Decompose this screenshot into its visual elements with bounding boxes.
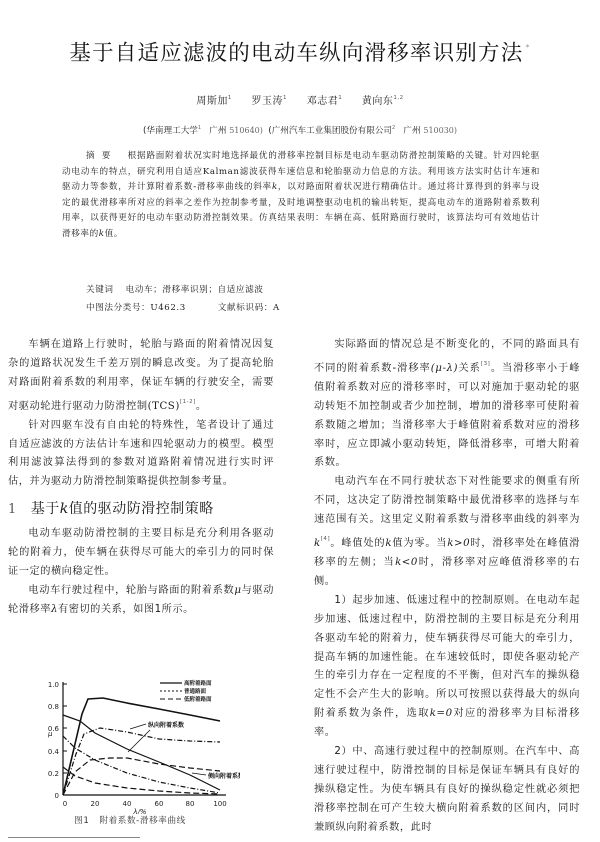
section-title: 基于	[31, 501, 60, 517]
paragraph-text: 有密切的关系，如图1所示。	[58, 604, 194, 615]
math-expression: (μ-λ)	[431, 363, 458, 374]
annotation-lateral: 侧向附着系数	[207, 772, 240, 780]
paragraph-text: 电动车行驶过程中，轮胎与路面的附着系数	[28, 585, 234, 596]
paragraph-text: 1）起步加速、低速过程中的控制原则。在电动车起步加速、低速过程中，防滑控制的主要…	[314, 595, 580, 719]
math-expression: k=0	[430, 708, 453, 719]
caption-number: 图1	[74, 816, 89, 826]
svg-text:80: 80	[186, 800, 195, 808]
caption-text: 附着系数-滑移率曲线	[99, 816, 185, 826]
svg-text:60: 60	[155, 800, 164, 808]
paragraph: 1）起步加速、低速过程中的控制原则。在电动车起步加速、低速过程中，防滑控制的主要…	[314, 592, 580, 743]
paragraph: 电动车驱动防滑控制的主要目标是充分利用各驱动轮的附着力，使车辆在获得尽可能大的牵…	[8, 525, 274, 582]
affiliation-zip: 510030)	[423, 126, 457, 135]
author-name: 罗玉涛	[252, 96, 284, 107]
paragraph: 针对四驱车没有自由轮的特殊性，笔者设计了通过自适应滤波的方法估计车速和四轮驱动力…	[8, 417, 274, 493]
left-column: 车辆在道路上行驶时，轮胎与路面的附着情况因复杂的道路状况发生千差万别的瞬息改变。…	[8, 336, 274, 620]
classification-line: 中图法分类号：U462.3文献标识码：A	[86, 301, 280, 313]
author: 邓志君1	[307, 96, 343, 107]
svg-text:1.0: 1.0	[48, 681, 59, 689]
math-expression: k>0	[447, 538, 470, 549]
author-affiliation: 1,2	[393, 95, 403, 101]
paragraph-text: 关系	[458, 363, 481, 374]
svg-text:0.8: 0.8	[48, 703, 59, 711]
affiliations: (华南理工大学1 广州 510640) (广州汽车工业集团股份有限公司2 广州 …	[0, 124, 600, 136]
title-text: 基于自适应滤波的电动车纵向滑移率识别方法	[69, 41, 523, 66]
svg-text:0: 0	[63, 800, 67, 808]
paragraph: 2）中、高速行驶过程中的控制原则。在汽车中、高速行驶过程中，防滑控制的目标是保证…	[314, 743, 580, 838]
abstract-term: Kalman	[203, 167, 240, 177]
affiliation-zip: 510640)	[229, 126, 263, 135]
affiliation-city: 广州	[209, 126, 226, 136]
paragraph-text: 。峰值处的	[330, 538, 385, 549]
author-affiliation: 1	[228, 95, 232, 101]
abbreviation: (TCS)	[148, 401, 180, 412]
svg-text:0.4: 0.4	[48, 748, 60, 756]
abstract-text: 值。	[105, 229, 123, 239]
paragraph-text: 。	[196, 401, 207, 412]
svg-text:40: 40	[123, 800, 132, 808]
abstract: 摘要根据路面附着状况实时地选择最优的滑移率控制目标是电动车驱动防滑控制策略的关键…	[62, 149, 540, 243]
mu-lambda-chart: 00.20.4 0.60.81.0 02040 6080100 λ/% μ 高附…	[20, 674, 240, 814]
author-list: 周斯加1 罗玉涛1 邓志君1 黄向东1,2	[0, 92, 600, 107]
figure-caption: 图1 附着系数-滑移率曲线	[20, 814, 240, 826]
affiliation-city: 广州	[403, 126, 420, 136]
right-column: 实际路面的情况总是不断变化的，不同的路面具有不同的附着系数-滑移率(μ-λ)关系…	[314, 336, 580, 842]
math-symbol: λ	[51, 604, 58, 615]
paragraph: 车辆在道路上行驶时，轮胎与路面的附着情况因复杂的道路状况发生千差万别的瞬息改变。…	[8, 336, 274, 417]
keywords: 电动车；滑移率识别；自适应滤波	[126, 285, 264, 295]
author-affiliation: 1	[338, 95, 342, 101]
keywords-label: 关键词	[86, 285, 114, 295]
abstract-label: 摘要	[86, 151, 118, 161]
citation: [3]	[481, 361, 490, 367]
clc-value: U462.3	[150, 303, 185, 313]
affiliation-org: (华南理工大学	[143, 126, 198, 136]
paragraph: 实际路面的情况总是不断变化的，不同的路面具有不同的附着系数-滑移率(μ-λ)关系…	[314, 336, 580, 473]
svg-text:20: 20	[91, 800, 100, 808]
svg-text:0: 0	[55, 792, 59, 800]
clc-label: 中图法分类号：	[86, 303, 150, 313]
legend-item: 低附着路面	[183, 695, 212, 703]
paragraph: 电动汽车在不同行驶状态下对性能要求的侧重有所不同，这决定了防滑控制策略中最优滑移…	[314, 473, 580, 591]
section-title: 值的驱动防滑控制策略	[69, 501, 214, 517]
section-number: 1	[8, 502, 17, 517]
paper-title: 基于自适应滤波的电动车纵向滑移率识别方法*	[0, 36, 600, 67]
affiliation-mark: 2	[392, 125, 395, 131]
figure-1: 00.20.4 0.60.81.0 02040 6080100 λ/% μ 高附…	[20, 674, 240, 842]
svg-text:100: 100	[213, 800, 226, 808]
author: 周斯加1	[196, 96, 232, 107]
paragraph-text: 。当滑移率小于峰值附着系数对应的滑移率时，可以对施加于驱动轮的驱动转矩不加控制或…	[314, 363, 580, 469]
author-affiliation: 1	[283, 95, 287, 101]
citation: [4]	[321, 536, 330, 542]
affiliation-mark: 1	[198, 125, 201, 131]
math-symbol: k	[314, 538, 321, 549]
doc-code-value: A	[273, 303, 280, 313]
section-heading: 1基于k值的驱动防滑控制策略	[8, 498, 274, 521]
legend-item: 高附着路面	[184, 679, 212, 687]
title-footnote-mark: *	[525, 43, 530, 52]
keywords-line: 关键词电动车；滑移率识别；自适应滤波	[86, 283, 264, 295]
paragraph: 电动车行驶过程中，轮胎与路面的附着系数μ与驱动轮滑移率λ有密切的关系，如图1所示…	[8, 582, 274, 620]
annotation-longitudinal: 纵向附着系数	[147, 721, 184, 729]
paragraph-text: 值为零。当	[392, 538, 447, 549]
citation: [1-2]	[180, 399, 196, 405]
svg-text:μ: μ	[47, 730, 53, 738]
paragraph-text: 电动汽车在不同行驶状态下对性能要求的侧重有所不同，这决定了防滑控制策略中最优滑移…	[314, 476, 580, 525]
author: 罗玉涛1	[252, 96, 288, 107]
author-name: 黄向东	[362, 96, 394, 107]
math-symbol: k	[60, 501, 69, 517]
legend-item: 普通路面	[184, 687, 207, 695]
doc-code-label: 文献标识码：	[218, 303, 273, 313]
paragraph-text: 车辆在道路上行驶时，轮胎与路面的附着情况因复杂的道路状况发生千差万别的瞬息改变。…	[8, 339, 274, 412]
author: 黄向东1,2	[362, 96, 404, 107]
author-name: 邓志君	[307, 96, 339, 107]
footnote-divider	[8, 837, 140, 838]
svg-text:0.2: 0.2	[48, 770, 59, 778]
math-expression: k<0	[395, 557, 418, 568]
affiliation-org: (广州汽车工业集团股份有限公司	[268, 126, 392, 136]
author-name: 周斯加	[196, 96, 228, 107]
